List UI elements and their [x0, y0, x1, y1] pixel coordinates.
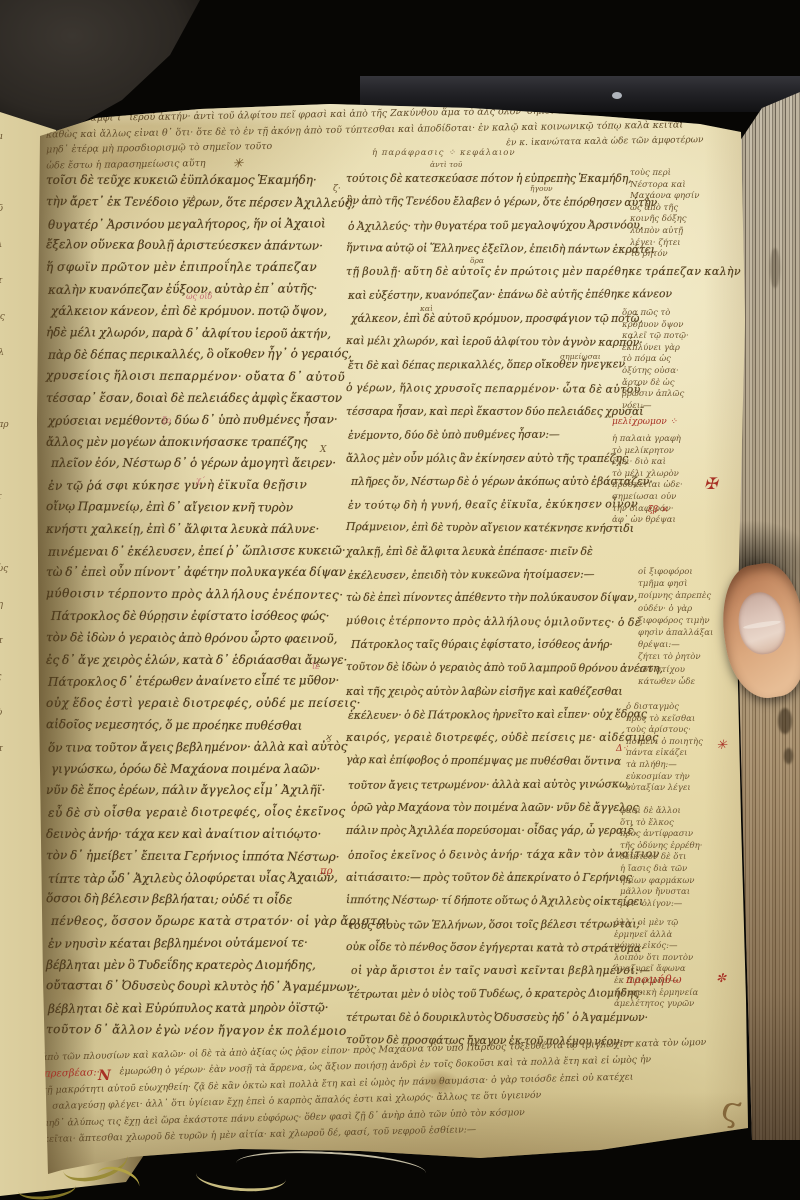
- verse-line: πινέμεναι δ᾽ ἐκέλευσεν, ἐπεί ῥ᾽ ὥπλισσε …: [48, 540, 348, 563]
- margin-note-line: τὰ πλήθη:—: [626, 760, 736, 772]
- red-rubric-note: μελίχρωμον ⁘: [612, 417, 677, 427]
- paraphrase-line: τὼ δὲ ἐπεὶ πίνοντες ἀπέθεντο τὴν πολύκαυ…: [346, 586, 658, 609]
- page-edge-glint: [612, 92, 622, 99]
- text-fragment: ϊωμ: [0, 132, 34, 142]
- text-fragment: τῶλ: [0, 348, 34, 358]
- paraphrase-line: ὁρῶ γὰρ Μαχάονα τὸν ποιμένα λαῶν· νῦν δὲ…: [351, 796, 663, 819]
- margin-note-line: πρὸς τὸ κεῖσθαι: [626, 714, 736, 726]
- text-fragment: μδ: [0, 528, 34, 538]
- margin-note-line: τοὺς ἀρίστους·: [626, 725, 736, 737]
- margin-note-line: ὁ δισταγμὸς: [626, 702, 736, 714]
- margin-note-line: ὀξύτης οὖσα·: [622, 366, 742, 378]
- verse-line: θυγατέρ᾽ Ἀρσινόου μεγαλήτορος, ἥν οἱ Ἀχα…: [48, 213, 348, 236]
- margin-scholia-block: τοὺς περὶΝέστορα καὶΜαχάονα φησίνὡς ἀπὸ …: [630, 168, 742, 261]
- paraphrase-line: ἱππότης Νέστωρ· τί δήποτε οὕτως ὁ Ἀχιλλε…: [346, 888, 658, 913]
- margin-note-line: ἄρτον δὲ ὡς: [622, 378, 742, 390]
- verse-line: Πάτροκλος δ᾽ ἑτέρωθεν ἀναίνετο εἶπέ τε μ…: [48, 671, 348, 694]
- margin-note-line: σημείωσαι οὖν: [612, 492, 738, 504]
- verse-line: γιγνώσκω, ὁρόω δὲ Μαχάονα ποιμένα λαῶν·: [51, 759, 351, 781]
- margin-note-line: θρέψαι:—: [638, 639, 734, 651]
- margin-note-line: τὸ ῥητόν: [630, 249, 742, 261]
- red-cross-icon: ✠: [704, 474, 717, 493]
- paraphrase-line: χαλκῇ, ἐπὶ δὲ ἄλφιτα λευκὰ ἐπέπασε· πιεῖ…: [346, 540, 658, 563]
- verse-line: βέβληται δὲ καὶ Εὐρύπυλος κατὰ μηρὸν ὀϊσ…: [48, 997, 348, 1020]
- paraphrase-line: πάλιν πρὸς Ἀχιλλέα πορεύσομαι· οἶδας γάρ…: [346, 819, 658, 842]
- verse-line: τὸν δ᾽ ἠμείβετ᾽ ἔπειτα Γερήνιος ἱππότα Ν…: [46, 845, 346, 869]
- margin-scholia-block: οἱ ξιφοφόροιτμῆμα φησὶποίμνης ἀπρεπὲςοὐδ…: [638, 566, 734, 688]
- interlinear-gloss: σημείωσαι: [560, 352, 601, 361]
- margin-note-line: ἀμελέτητος γυρῶν: [614, 999, 738, 1011]
- margin-note-line: κάτωθεν ὧδε: [638, 676, 734, 688]
- paraphrase-line: καὶ εὐξέστην, κυανόπεζαν· ἐπάνω δὲ αὐτῆς…: [348, 283, 660, 308]
- text-fragment: ἤγτ: [0, 492, 34, 502]
- margin-note-line: φασὶ δὲ ἄλλοι: [620, 806, 738, 818]
- paraphrase-line: ἐκέλευσεν, ἐπειδὴ τὸν κυκεῶνα ἡτοίμασεν:…: [348, 562, 660, 587]
- margin-note-line: ἀλλ᾽ οἱ μὲν τῷ: [614, 918, 738, 930]
- facing-page-text-fragments: ϊωμτρίθαῦψιλαὐτθεὶςτῶλῥωκύπρφαἤγτμδξεὡςπ…: [0, 132, 34, 754]
- manuscript-photo: ϊωμτρίθαῦψιλαὐτθεὶςτῶλῥωκύπρφαἤγτμδξεὡςπ…: [0, 0, 800, 1200]
- margin-note-line: νόει:—: [622, 401, 742, 413]
- verse-line: τὴν ἄρετ᾽ ἐκ Τενέδοιο γέρων, ὅτε πέρσεν …: [46, 191, 346, 215]
- verse-line: πὰρ δὲ δέπας περικαλλές, ὃ οἴκοθεν ἦγ᾽ ὁ…: [48, 344, 348, 367]
- margin-note-line: πρόσκειται ὧδε·: [612, 480, 738, 492]
- pink-gloss: χ´: [196, 476, 205, 485]
- verse-line: ἄλλος μὲν μογέων ἀποκινήσασκε τραπέζης: [46, 432, 346, 454]
- pink-gloss: ἴε: [312, 662, 319, 671]
- margin-note-line: καλεῖ τῷ ποτῷ·: [622, 331, 742, 343]
- verse-line: ὅν τινα τοῦτον ἄγεις βεβλημένον· ἀλλὰ κα…: [48, 736, 348, 759]
- margin-note-line: ἠπίων φαρμάκων: [620, 876, 738, 888]
- pink-gloss: ξο: [162, 416, 171, 425]
- text-fragment: ἀπτ: [0, 636, 34, 646]
- verse-line: τέσσαρ᾽ ἔσαν, δοιαὶ δὲ πελειάδες ἀμφὶς ἕ…: [46, 388, 346, 410]
- text-fragment: φα: [0, 456, 34, 466]
- margin-note-line: τμῆμα φησὶ: [638, 578, 734, 590]
- text-fragment: τρί: [0, 168, 34, 178]
- red-abbreviation: ξβ ⨯: [648, 505, 669, 515]
- paraphrase-line: ἥντινα αὐτῷ οἱ Ἕλληνες ἐξεῖλον, ἐπειδὴ π…: [346, 236, 658, 261]
- verse-line: οὐχ ἕδος ἐστὶ γεραιὲ διοτρεφές, οὐδέ με …: [46, 693, 346, 715]
- margin-note-line: ζήτει τὸ ῥητὸν: [638, 651, 734, 663]
- margin-note-line: τοῦ στίχου: [638, 664, 734, 676]
- text-fragment: ῥω: [0, 384, 34, 394]
- verse-line: νῦν δὲ ἔπος ἐρέων, πάλιν ἄγγελος εἶμ᾽ Ἀχ…: [46, 780, 346, 802]
- margin-note-line: ἡ ἴασις διὰ τῶν: [620, 864, 738, 876]
- paraphrase-line: αἰτιάσαιτο:— πρὸς τοῦτον δὲ ἀπεκρίνατο ὁ…: [346, 866, 658, 889]
- margin-note-line: λοιπὸν ὅτι ποντὸν: [614, 953, 738, 965]
- verse-line: μύθοισιν τέρποντο πρὸς ἀλλήλους ἐνέποντε…: [46, 583, 346, 607]
- red-abbreviation-pr: πρ: [320, 866, 332, 877]
- verse-line: πλεῖον ἐόν, Νέστωρ δ᾽ ὁ γέρων ἀμογητὶ ἄε…: [51, 453, 351, 475]
- margin-scholia-block: ἀλλ᾽ οἱ μὲν τῷἑρμηνεῖ ἀλλὰμόνον εἰκός:—λ…: [614, 918, 738, 1011]
- verse-line: ἐς δ᾽ ἄγε χειρὸς ἑλών, κατὰ δ᾽ ἑδριάασθα…: [46, 650, 346, 672]
- verse-line: Πάτροκλος δὲ θύρῃσιν ἐφίστατο ἰσόθεος φώ…: [51, 606, 351, 628]
- text-fragment: κύπρ: [0, 420, 34, 430]
- text-fragment: θεὶς: [0, 312, 34, 322]
- paraphrase-line: ἔτι δὲ καὶ δέπας περικαλλές, ὅπερ οἴκοθε…: [348, 353, 660, 378]
- paraphrase-line: καὶ τῆς χειρὸς αὐτὸν λαβὼν εἰσῆγε καὶ κα…: [346, 680, 658, 703]
- interlinear-gloss: ἀντὶ τοῦ: [430, 160, 462, 169]
- verse-line: ὅσσοι δὴ βέλεσιν βεβλήαται; οὐδέ τι οἶδε: [46, 888, 346, 912]
- text-fragment: θαῦ: [0, 204, 34, 214]
- verse-line: ἐν νηυσὶν κέαται βεβλημένοι οὐτάμενοί τε…: [48, 932, 348, 955]
- margin-note-line: οὐδέν· ὁ γὰρ: [638, 603, 734, 615]
- margin-note-line: μετ᾽ ὀλίγον:—: [620, 899, 738, 911]
- siglum: ϗ: [326, 733, 332, 743]
- margin-note-line: ποίμνης ἀπρεπὲς: [638, 590, 734, 602]
- siglum: ζ·: [333, 184, 341, 194]
- paraphrase-line: τέτρωται δὲ ὁ δουρικλυτὸς Ὀδυσσεὺς ἠδ᾽ ὁ…: [346, 1006, 658, 1029]
- edge-ink-smudge: [778, 708, 792, 734]
- verse-line: ἠδὲ μέλι χλωρόν, παρὰ δ᾽ ἀλφίτου ἱεροῦ ἀ…: [46, 322, 346, 346]
- interlinear-gloss: ὅρα: [470, 256, 484, 265]
- verse-line: εὖ δὲ σὺ οἶσθα γεραιὲ διοτρεφές, οἷος ἐκ…: [48, 801, 348, 824]
- margin-note-line: βρῶσιν ἁπλῶς: [622, 389, 742, 401]
- margin-note-line: ἡ παλαιὰ γραφὴ: [612, 434, 738, 446]
- margin-note-line: λοιπὸν αὐτῇ: [630, 226, 742, 238]
- verse-line: τὼ δ᾽ ἐπεὶ οὖν πίνοντ᾽ ἀφέτην πολυκαγκέα…: [46, 562, 346, 584]
- paraphrase-line: μύθοις ἐτέρποντο πρὸς ἀλλήλους ὁμιλοῦντε…: [346, 609, 658, 634]
- manuscript-page[interactable]: 101 μικρὰ δ᾽ ἀμφί τ᾽ ἱεροῦ ἀκτήν· ἀντὶ τ…: [0, 0, 800, 1200]
- paraphrase-line: καὶ μέλι χλωρόν, καὶ ἱεροῦ ἀλφίτου τὸν ἁ…: [346, 329, 658, 354]
- margin-note-line: εὐταξίαν λέγει: [626, 783, 736, 795]
- edge-ink-smudge: [770, 248, 780, 288]
- margin-note-line: τὸ πόμα ὡς: [622, 354, 742, 366]
- margin-note-line: κρόμυον ὄψον: [622, 320, 742, 332]
- siglum: Χ: [320, 445, 326, 455]
- paraphrase-line: ἐκέλευεν· ὁ δὲ Πάτροκλος ἠρνεῖτο καὶ εἶπ…: [348, 702, 660, 727]
- text-fragment: ροὺ: [0, 708, 34, 718]
- margin-note-line: ἔχει· διὸ καὶ: [612, 457, 738, 469]
- verse-line: τίπτε τὰρ ὧδ᾽ Ἀχιλεὺς ὀλοφύρεται υἷας Ἀχ…: [48, 867, 348, 890]
- text-fragment: ξεὡς: [0, 564, 34, 574]
- verse-line: χρυσείοις ἥλοισι πεπαρμένον· οὔατα δ᾽ αὐ…: [46, 365, 346, 389]
- paraphrase-line: χάλκεον, ἐπὶ δὲ αὐτοῦ κρόμυον, προσφάγιο…: [351, 307, 663, 330]
- paraphrase-line: ἣν ἀπὸ τῆς Τενέδου ἔλαβεν ὁ γέρων, ὅτε ἐ…: [346, 189, 658, 214]
- paraphrase-line: γὰρ καὶ ἐπίφοβος ὁ προπέμψας με πυθέσθαι…: [346, 748, 658, 773]
- paraphrase-line: ὁ γέρων, ἥλοις χρυσοῖς πεπαρμένον· ὦτα δ…: [346, 376, 658, 401]
- margin-note-line: ἀφ᾽ ὧν θρέψαι: [612, 515, 738, 527]
- red-delta-mark: Δ⁖: [616, 744, 628, 754]
- verse-line: ἥ σφωϊν πρῶτον μὲν ἐπιπροΐηλε τράπεζαν: [46, 257, 346, 279]
- bottom-margin-scholia: ἀπὸ τῶν πλουσίων καὶ καλῶν· οἱ δὲ τὰ ἀπὸ…: [41, 1036, 749, 1150]
- margin-note-line: δεικτέον δὲ ὅτι: [620, 852, 738, 864]
- edge-ink-smudge: [784, 748, 793, 764]
- text-fragment: αὐτ: [0, 276, 34, 286]
- margin-note-line: ξιφοφόρος τιμὴν: [638, 615, 734, 627]
- verse-line: ἔξελον οὕνεκα βουλῇ ἀριστεύεσκεν ἁπάντων…: [46, 234, 346, 258]
- red-star-icon: ✼: [716, 971, 726, 985]
- margin-note-line: ἐκπλύνει γὰρ: [622, 343, 742, 355]
- red-rubric-heading: προμήθω: [626, 973, 683, 986]
- interlinear-gloss: τὸ: [187, 194, 196, 203]
- margin-note-line: ὡς ἀπὸ τῆς: [630, 203, 742, 215]
- margin-note-line: εὐκοσμίαν τὴν: [626, 772, 736, 784]
- margin-note-line: ἑρμηνεῖ ἀλλὰ: [614, 930, 738, 942]
- margin-note-line: τὴν διαφοράν·: [612, 504, 738, 516]
- paraphrase-line: οὐκ οἶδε τὸ πένθος ὅσον ἐγήγερται κατὰ τ…: [346, 935, 658, 960]
- margin-note-line: Νέστορα καὶ: [630, 180, 742, 192]
- interlinear-gloss: ἤγουν: [530, 184, 553, 193]
- text-fragment: ψιλ: [0, 240, 34, 250]
- margin-note-line: φησὶν ἀπαλλάξαι: [638, 627, 734, 639]
- margin-note-line: οἱ ξιφοφόροι: [638, 566, 734, 578]
- paraphrase-line: καιρός, γεραιὲ διοτρεφές, οὐδὲ πείσεις μ…: [346, 726, 658, 749]
- paraphrase-column: τούτοις δὲ κατεσκεύασε πότον ἡ εὐπρεπὴς …: [346, 167, 658, 1052]
- verse-line: χάλκειον κάνεον, ἐπὶ δὲ κρόμυον. ποτῷ ὄψ…: [51, 301, 351, 323]
- paraphrase-heading: ἡ παράφρασις ⁘ κεφάλαιον: [372, 148, 516, 158]
- interlinear-gloss: καὶ: [420, 304, 433, 313]
- text-fragment: τῆς: [0, 672, 34, 682]
- text-fragment: πλη: [0, 600, 34, 610]
- margin-note-line: τὸ μέλι χλωρὸν: [612, 469, 738, 481]
- pink-gloss: ὡς οἴδ: [186, 292, 212, 301]
- margin-note-line: λέγει· ζήτει: [630, 238, 742, 250]
- margin-note-line: ἡ ὁμηρικὴ ἑρμηνεία: [614, 988, 738, 1000]
- margin-note-line: Μαχάονα φησίν: [630, 191, 742, 203]
- margin-note-line: τῆς ὀδύνης ἐρρέθη·: [620, 841, 738, 853]
- background-shelf-edge: [360, 76, 800, 112]
- margin-scholia-block: ὅρα πῶς τὸκρόμυον ὄψονκαλεῖ τῷ ποτῷ·ἐκπλ…: [622, 308, 742, 412]
- paraphrase-line: τοῦτον ἄγεις τετρωμένον· ἀλλὰ καὶ αὐτὸς …: [348, 772, 660, 797]
- paraphrase-line: ὁ Ἀχιλλεύς· τὴν θυγατέρα τοῦ μεγαλοψύχου…: [348, 213, 660, 238]
- verse-line: χρύσειαι νεμέθοντο, δύω δ᾽ ὑπὸ πυθμένες …: [48, 409, 348, 432]
- margin-scholia-block: φασὶ δὲ ἄλλοιὅτι τὸ ἕλκοςπρὸς ἀντίφρασιν…: [620, 806, 738, 910]
- paraphrase-line: τῇ βουλῇ· αὕτη δὲ αὐτοῖς ἐν πρώτοις μὲν …: [346, 260, 658, 283]
- margin-note-line: πρὸς ἀντίφρασιν: [620, 829, 738, 841]
- margin-note-line: μᾶλλον ἤνυσται: [620, 887, 738, 899]
- margin-note-line: μόνον εἰκός:—: [614, 941, 738, 953]
- paraphrase-line: Πάτροκλος ταῖς θύραις ἐφίστατο, ἰσόθεος …: [351, 633, 663, 656]
- verse-line: τὸν δὲ ἰδὼν ὁ γεραιὸς ἀπὸ θρόνου ὦρτο φα…: [46, 627, 346, 651]
- margin-note-line: ὅρα πῶς τὸ: [622, 308, 742, 320]
- paraphrase-line: ὁποῖος ἐκεῖνος ὁ δεινὸς ἀνήρ· τάχα κἂν τ…: [348, 842, 660, 867]
- red-asterisk-icon: ✳: [716, 738, 727, 753]
- verse-line: αἰδοῖος νεμεσητός, ὅ με προέηκε πυθέσθαι: [46, 714, 346, 738]
- margin-note-line: τὸ μελίκρητον: [612, 446, 738, 458]
- margin-note-line: ὅτι τὸ ἕλκος: [620, 818, 738, 830]
- margin-note-line: τοὺς περὶ: [630, 168, 742, 180]
- verse-line: βέβληται μὲν ὃ Τυδεΐδης κρατερὸς Διομήδη…: [46, 955, 346, 977]
- text-fragment: ἅπτ: [0, 744, 34, 754]
- verse-line: οὔτασται δ᾽ Ὀδυσεὺς δουρὶ κλυτὸς ἠδ᾽ Ἀγα…: [46, 976, 346, 1000]
- margin-note-line: κοινῆς δόξης: [630, 214, 742, 226]
- verse-line: πένθεος, ὅσσον ὄρωρε κατὰ στρατόν· οἱ γὰ…: [51, 911, 351, 933]
- margin-scholia-block: ἡ παλαιὰ γραφὴτὸ μελίκρητονἔχει· διὸ καὶ…: [612, 434, 738, 527]
- verse-line: οἴνῳ Πραμνείῳ, ἐπὶ δ᾽ αἴγειον κνῆ τυρὸν: [46, 496, 346, 520]
- verse-line: κνήστι χαλκείῃ, ἐπὶ δ᾽ ἄλφιτα λευκὰ πάλυ…: [46, 519, 346, 541]
- paraphrase-line: τοῦτον δὲ ἰδὼν ὁ γεραιὸς ἀπὸ τοῦ λαμπροῦ…: [346, 655, 658, 680]
- verse-line: τοῦτον δ᾽ ἄλλον ἐγὼ νέον ἤγαγον ἐκ πολέμ…: [46, 1019, 346, 1043]
- top-margin-scholia: μικρὰ δ᾽ ἀμφί τ᾽ ἱεροῦ ἀκτήν· ἀντὶ τοῦ ἀ…: [46, 103, 747, 176]
- verse-line: τοῖσι δὲ τεῦχε κυκειῶ ἐϋπλόκαμος Ἑκαμήδη…: [46, 170, 346, 192]
- verse-line: δεινὸς ἀνήρ· τάχα κεν καὶ ἀναίτιον αἰτιό…: [46, 824, 346, 846]
- paraphrase-line: τούτοις δὲ κατεσκεύασε πότον ἡ εὐπρεπὴς …: [346, 167, 658, 190]
